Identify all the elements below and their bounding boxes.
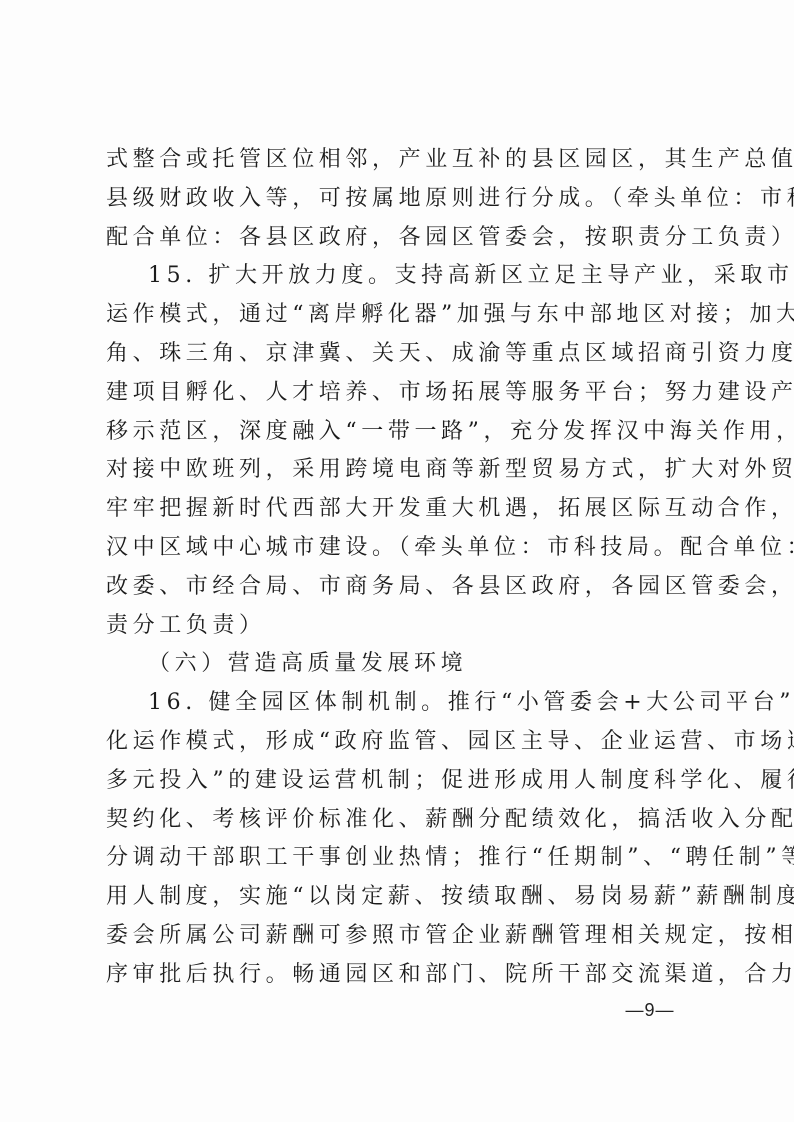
text-line: 化运作模式，形成“政府监管、园区主导、企业运营、市场运作、: [106, 723, 696, 762]
text-line: 序审批后执行。畅通园区和部门、院所干部交流渠道，合力推动: [106, 956, 696, 995]
text-line: 多元投入”的建设运营机制；促进形成用人制度科学化、履行职责: [106, 762, 696, 801]
text-line: 对接中欧班列，采用跨境电商等新型贸易方式，扩大对外贸易；: [106, 451, 696, 490]
text-line: 汉中区域中心城市建设。（牵头单位：市科技局。配合单位：市发: [106, 529, 696, 568]
text-line: 配合单位：各县区政府，各园区管委会，按职责分工负责）: [106, 219, 696, 258]
text-line: 牢牢把握新时代西部大开发重大机遇，拓展区际互动合作，加快: [106, 490, 696, 529]
text-line: 县级财政收入等，可按属地原则进行分成。（牵头单位：市科技局。: [106, 180, 696, 219]
text-line: 角、珠三角、京津冀、关天、成渝等重点区域招商引资力度，共: [106, 335, 696, 374]
text-line: 责分工负责）: [106, 607, 696, 646]
page-number: —9—: [624, 1000, 676, 1021]
text-line: 用人制度，实施“以岗定薪、按绩取酬、易岗易薪”薪酬制度，管: [106, 878, 696, 917]
text-line: 移示范区，深度融入“一带一路”，充分发挥汉中海关作用，积极: [106, 413, 696, 452]
text-line: 改委、市经合局、市商务局、各县区政府，各园区管委会，按职: [106, 568, 696, 607]
body-text: 式整合或托管区位相邻，产业互补的县区园区，其生产总值、市 县级财政收入等，可按属…: [106, 141, 696, 995]
text-line: 分调动干部职工干事创业热情；推行“任期制”、“聘任制”等新型: [106, 839, 696, 878]
section-heading: （六）营造高质量发展环境: [106, 645, 696, 684]
text-line: 式整合或托管区位相邻，产业互补的县区园区，其生产总值、市: [106, 141, 696, 180]
item-15-first-line: 15. 扩大开放力度。支持高新区立足主导产业，采取市场化: [106, 257, 696, 296]
text-line: 建项目孵化、人才培养、市场拓展等服务平台；努力建设产业转: [106, 374, 696, 413]
text-line: 运作模式，通过“离岸孵化器”加强与东中部地区对接；加大长三: [106, 296, 696, 335]
document-page: 式整合或托管区位相邻，产业互补的县区园区，其生产总值、市 县级财政收入等，可按属…: [0, 0, 794, 1122]
item-16-first-line: 16. 健全园区体制机制。推行“小管委会+大公司平台”的专业: [106, 684, 696, 723]
text-line: 委会所属公司薪酬可参照市管企业薪酬管理相关规定，按相关程: [106, 917, 696, 956]
text-line: 契约化、考核评价标准化、薪酬分配绩效化，搞活收入分配，充: [106, 801, 696, 840]
